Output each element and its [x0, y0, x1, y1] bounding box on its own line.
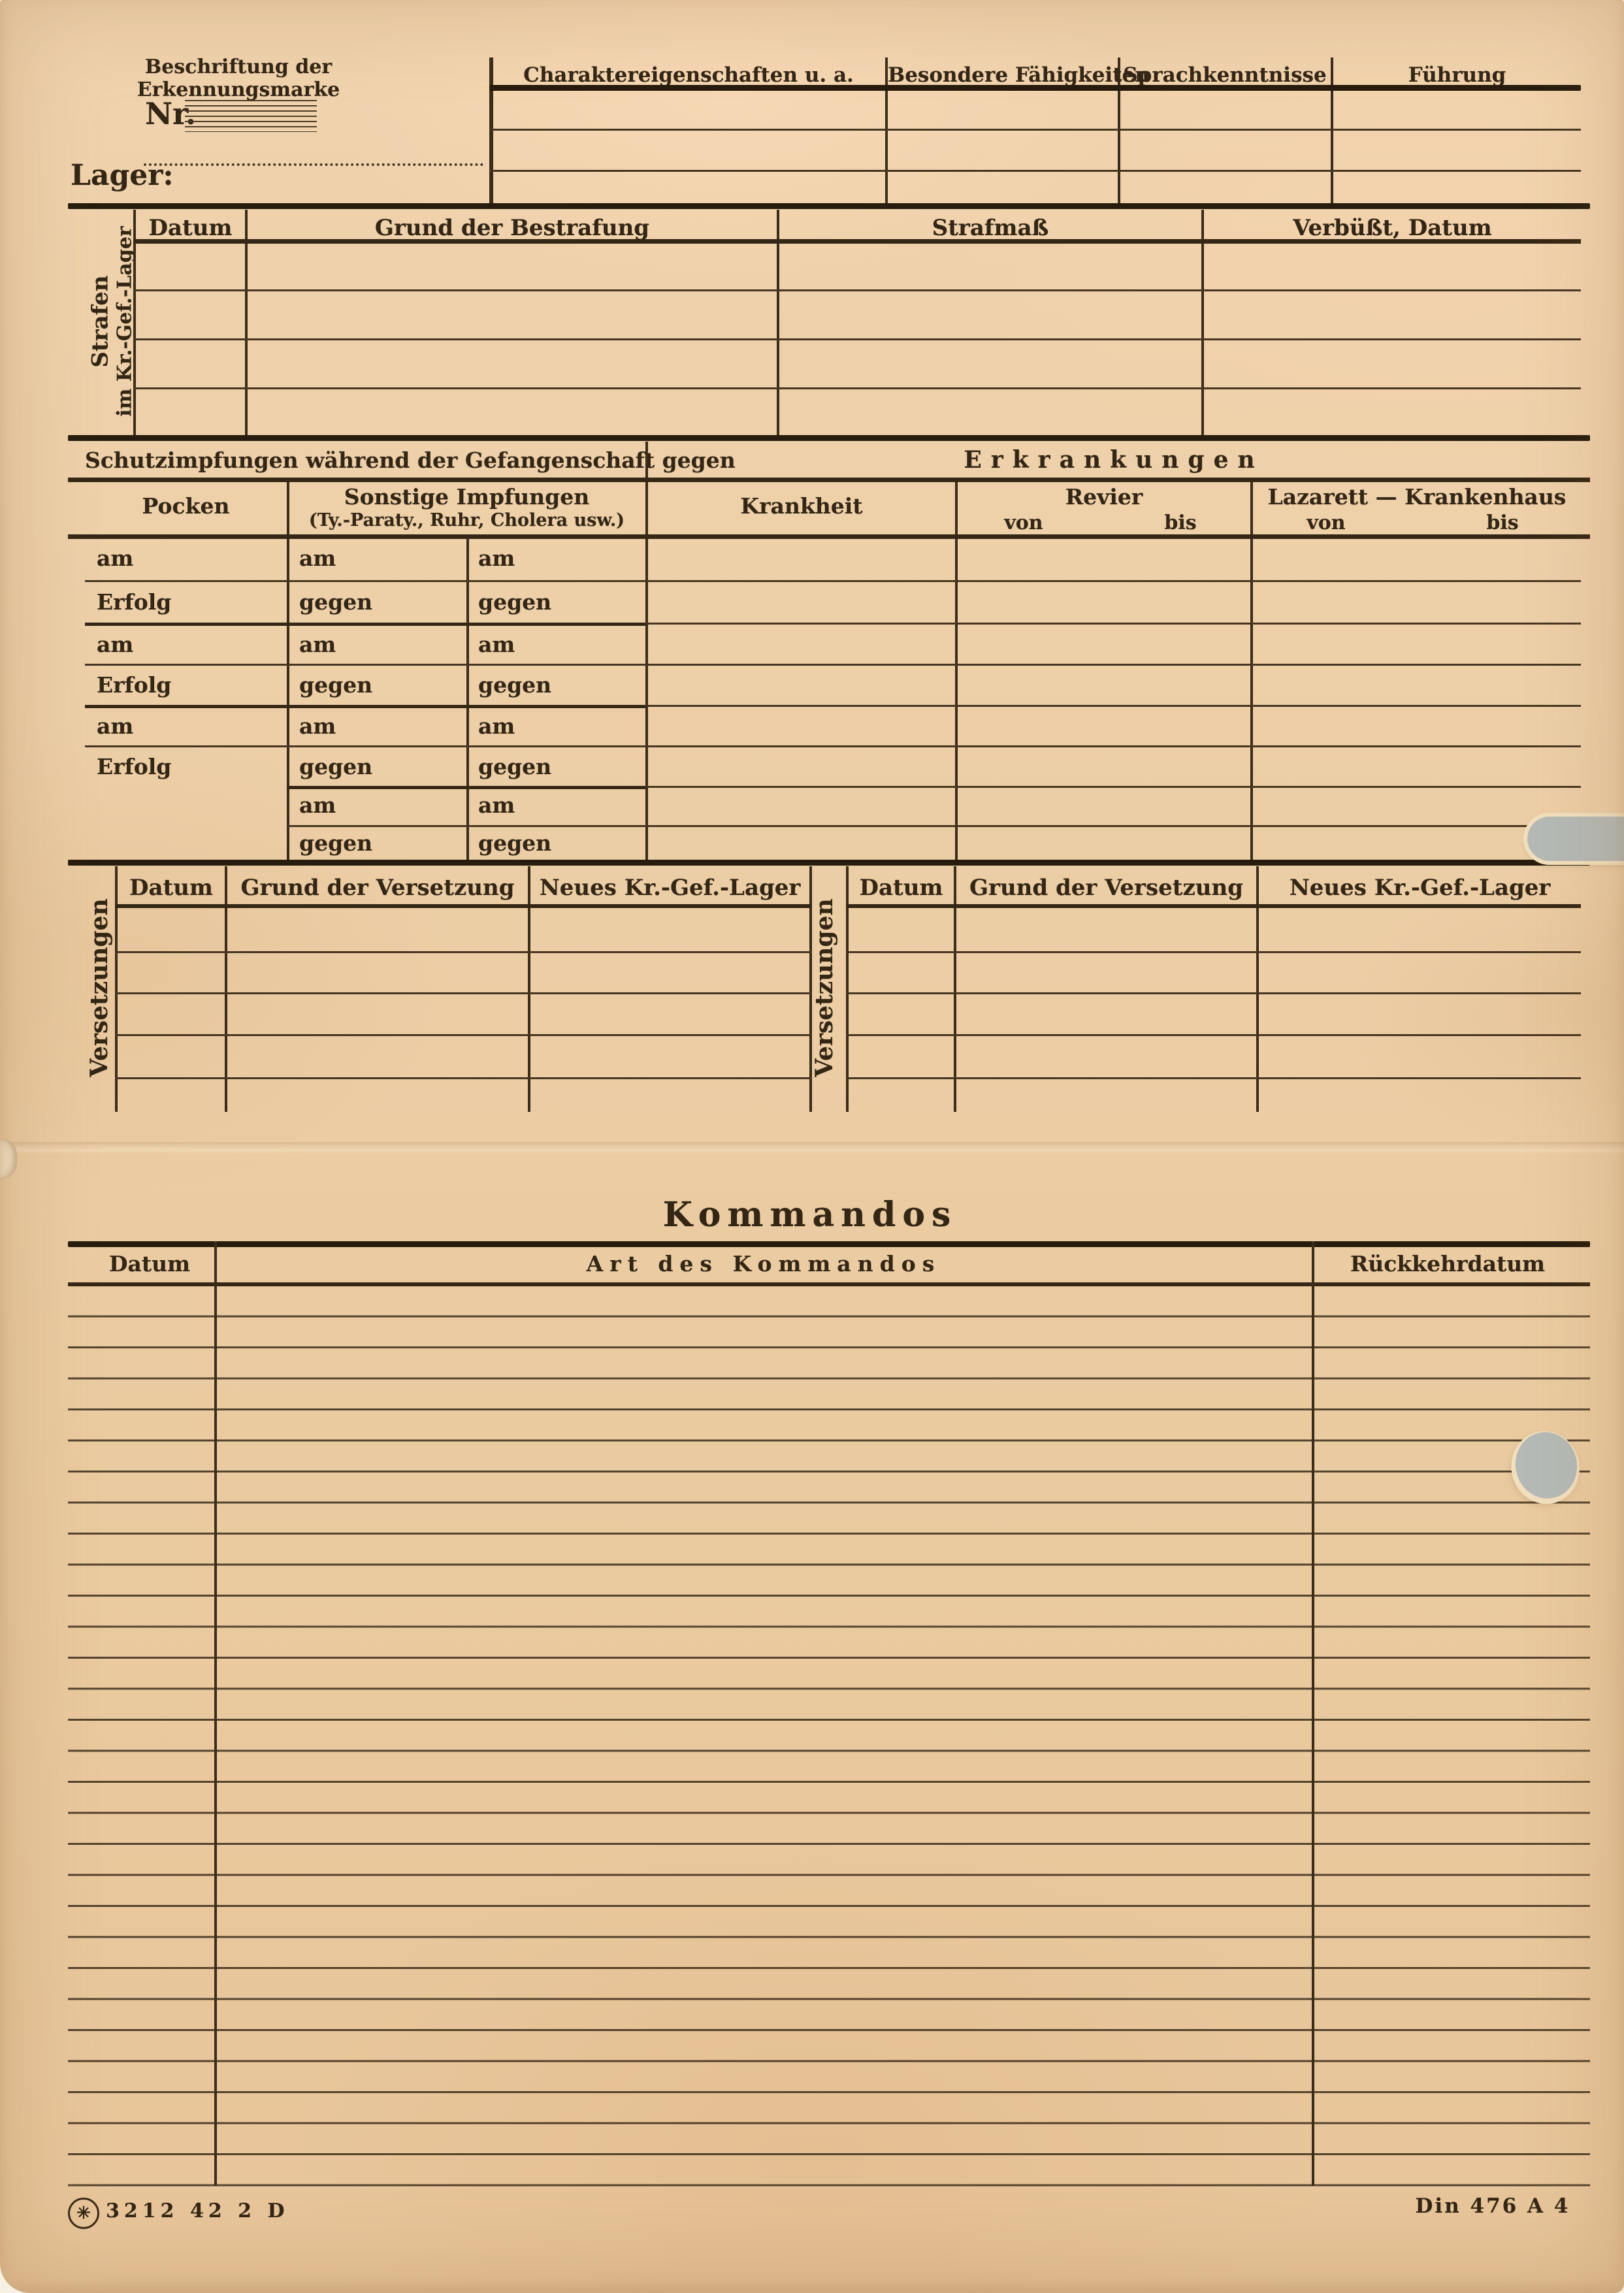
transfers-header-reason: Grund der Versetzung	[956, 875, 1256, 901]
grid-line	[85, 705, 647, 708]
grid-line	[645, 705, 1581, 707]
vaccination-result-label: Erfolg	[97, 590, 171, 615]
vaccinations-section-title: Schutzimpfungen während der Gefangenscha…	[85, 448, 645, 473]
grid-line	[955, 482, 958, 864]
vaccination-against-label: gegen	[299, 590, 372, 615]
grid-line	[68, 1241, 1590, 1247]
grid-line	[846, 951, 1581, 953]
grid-line	[954, 866, 956, 1112]
transfers-header-new-camp: Neues Kr.-Gef.-Lager	[1259, 875, 1581, 901]
printer-mark-icon: ✳	[68, 2198, 99, 2229]
grid-line	[133, 387, 1581, 389]
pow-record-card-page: Beschriftung der Erkennungsmarke Nr. Lag…	[0, 0, 1624, 2293]
grid-line	[1256, 866, 1259, 1112]
vaccination-result-label: Erfolg	[97, 673, 171, 698]
traits-header-abilities: Besondere Fähigkeiten	[888, 64, 1116, 88]
grid-line	[133, 338, 1581, 340]
hospital-column-header: Lazarett — Krankenhaus	[1253, 485, 1581, 510]
kommandos-title: Kommandos	[614, 1195, 1006, 1235]
grid-line	[287, 482, 289, 864]
transfers-side-label: Versetzungen	[811, 898, 838, 1077]
vaccination-against-label: gegen	[299, 673, 372, 698]
kommandos-header-type: Art des Kommandos	[216, 1252, 1312, 1277]
grid-line	[225, 866, 227, 1112]
transfers-header-new-camp: Neues Kr.-Gef.-Lager	[530, 875, 809, 901]
grid-line	[1201, 210, 1204, 436]
kommandos-header-date: Datum	[85, 1252, 214, 1277]
traits-header-character: Charaktereigenschaften u. a.	[493, 64, 884, 88]
sickbay-from-label: von	[991, 512, 1056, 535]
grid-line	[133, 289, 1581, 291]
grid-line	[846, 904, 1581, 908]
grid-line	[846, 1034, 1581, 1036]
grid-line	[777, 210, 779, 436]
grid-line	[68, 534, 1590, 539]
vaccination-date-label: am	[299, 714, 336, 739]
vaccination-date-label: am	[299, 793, 336, 818]
other-vaccinations-header-line2: (Ty.-Paraty., Ruhr, Cholera usw.)	[288, 510, 645, 530]
vaccination-against-label: gegen	[299, 831, 372, 856]
punishments-side-label-line1: Strafen	[88, 226, 114, 416]
grid-line	[287, 825, 1581, 827]
grid-line	[645, 623, 1581, 625]
grid-line	[245, 210, 248, 436]
punishments-header-date: Datum	[133, 216, 248, 241]
vaccination-against-label: gegen	[478, 831, 551, 856]
transfers-header-reason: Grund der Versetzung	[227, 875, 528, 901]
transfers-side-label: Versetzungen	[86, 898, 113, 1077]
vaccination-date-label: am	[478, 714, 515, 739]
vaccination-date-label: am	[299, 546, 336, 571]
grid-line	[846, 992, 1581, 994]
grid-line	[528, 866, 530, 1112]
vaccination-date-label: am	[97, 714, 133, 739]
vaccination-date-label: am	[97, 632, 133, 657]
illness-column-header: Krankheit	[648, 494, 955, 519]
section-divider	[68, 860, 1590, 866]
grid-line	[85, 664, 1581, 666]
grid-line	[85, 580, 1581, 582]
punishments-header-served: Verbüßt, Datum	[1204, 216, 1581, 241]
grid-line	[846, 1077, 1581, 1079]
vaccination-date-label: am	[97, 546, 133, 571]
tag-inscription-title: Beschriftung der Erkennungsmarke	[118, 56, 359, 101]
transfers-header-date: Datum	[118, 875, 225, 901]
vaccination-against-label: gegen	[478, 590, 551, 615]
traits-header-languages: Sprachkenntnisse	[1120, 64, 1329, 88]
grid-line	[115, 866, 118, 1112]
vaccination-result-label: Erfolg	[97, 755, 171, 779]
vaccination-date-label: am	[478, 793, 515, 818]
pocken-column-header: Pocken	[85, 494, 287, 519]
vaccination-against-label: gegen	[299, 755, 372, 779]
grid-line	[489, 170, 1581, 172]
grid-line	[133, 239, 1581, 244]
grid-line	[115, 992, 812, 994]
grid-line	[115, 1034, 812, 1036]
grid-line	[466, 537, 469, 864]
illnesses-section-title: Erkrankungen	[647, 447, 1581, 474]
punishments-side-label: Strafen im Kr.-Gef.-Lager	[88, 226, 137, 416]
vaccination-date-label: am	[478, 546, 515, 571]
grid-line	[287, 786, 647, 789]
grid-line	[115, 951, 812, 953]
other-vaccinations-header-line1: Sonstige Impfungen	[288, 485, 645, 510]
grid-line	[115, 1077, 812, 1079]
print-code: 3212 42 2 D	[106, 2200, 328, 2223]
grid-line	[489, 85, 1581, 91]
sickbay-to-label: bis	[1148, 512, 1213, 535]
grid-line	[645, 786, 1581, 788]
grid-line	[489, 129, 1581, 131]
section-divider	[68, 435, 1590, 441]
punishments-header-reason: Grund der Bestrafung	[248, 216, 777, 241]
vaccination-date-label: am	[478, 632, 515, 657]
printer-mark-glyph: ✳	[76, 2204, 91, 2223]
grid-line	[846, 866, 849, 1112]
section-divider	[68, 203, 1590, 209]
punch-hole-right-edge	[1527, 817, 1624, 861]
traits-header-conduct: Führung	[1333, 64, 1581, 88]
grid-line	[1250, 482, 1253, 864]
punishments-header-sentence: Strafmaß	[779, 216, 1201, 241]
vaccination-against-label: gegen	[478, 755, 551, 779]
camp-entry-line	[144, 163, 483, 166]
hospital-from-label: von	[1293, 512, 1359, 535]
vaccination-date-label: am	[299, 632, 336, 657]
grid-line	[115, 904, 812, 908]
fold-crease	[0, 1142, 1624, 1154]
grid-line	[85, 745, 1581, 747]
din-format-code: Din 476 A 4	[1405, 2195, 1581, 2219]
sickbay-column-header: Revier	[958, 485, 1250, 510]
hospital-to-label: bis	[1470, 512, 1535, 535]
kommandos-ruled-rows	[68, 1286, 1590, 2187]
transfers-header-date: Datum	[849, 875, 954, 901]
grid-line	[133, 210, 136, 436]
tag-number-ruled-lines	[185, 100, 317, 132]
grid-line	[68, 478, 1590, 482]
kommandos-header-return-date: Rückkehrdatum	[1314, 1252, 1581, 1277]
camp-label: Lager:	[71, 159, 155, 193]
grid-line	[85, 623, 647, 626]
vaccination-against-label: gegen	[478, 673, 551, 698]
